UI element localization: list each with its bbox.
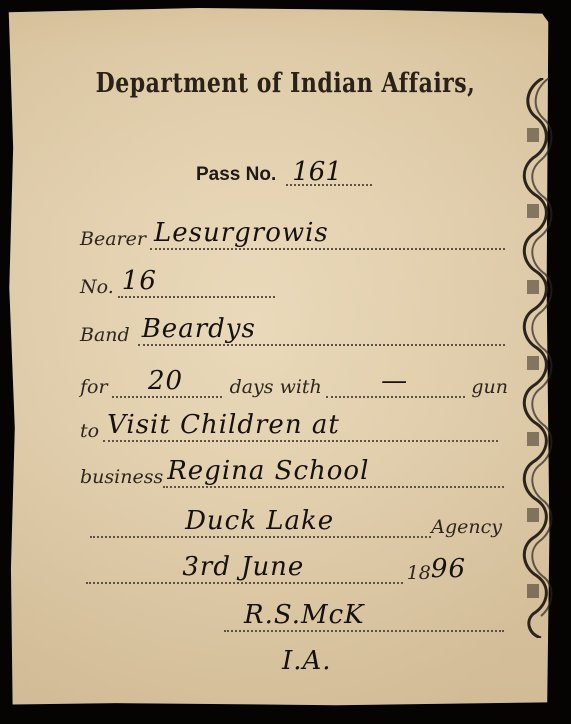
purpose-value: Visit Children at	[107, 410, 340, 440]
days-for-label: for	[80, 376, 108, 398]
business-value: Regina School	[167, 456, 369, 486]
business-label: business	[80, 466, 163, 488]
signature-value: R.S.McK	[244, 600, 365, 630]
bearer-label: Bearer	[80, 228, 146, 250]
date-field: 3rd June	[86, 552, 403, 584]
bearer-value: Lesurgrowis	[154, 218, 329, 248]
business-field: Regina School	[163, 456, 504, 488]
gun-field: —	[326, 366, 466, 398]
pass-number-label: Pass No.	[196, 164, 276, 186]
number-label: No.	[80, 276, 114, 298]
band-line: Band Beardys	[80, 314, 505, 346]
agency-line: Duck Lake Agency	[90, 506, 502, 538]
agency-value: Duck Lake	[185, 506, 334, 536]
bearer-line: Bearer Lesurgrowis	[80, 218, 505, 250]
document-title: Department of Indian Affairs,	[0, 67, 571, 100]
date-year-printed: 18	[407, 562, 431, 584]
number-line: No. 16	[80, 266, 275, 298]
agency-label: Agency	[431, 516, 502, 538]
number-value: 16	[122, 266, 157, 296]
signature-line: R.S.McK	[224, 600, 504, 632]
number-field: 16	[118, 266, 275, 298]
business-line: business Regina School	[80, 456, 504, 488]
pass-number-value: 161	[286, 160, 372, 186]
days-with-label: days with	[230, 376, 322, 398]
purpose-field: Visit Children at	[103, 410, 498, 442]
date-line: 3rd June 18 96	[86, 552, 466, 584]
pass-number-line: Pass No. 161	[196, 160, 372, 186]
ribbon-border-ornament	[515, 78, 557, 638]
date-day: 3rd	[182, 552, 231, 582]
purpose-label: to	[80, 420, 99, 442]
background-edge	[555, 0, 571, 724]
purpose-line: to Visit Children at	[80, 410, 498, 442]
bearer-field: Lesurgrowis	[150, 218, 505, 250]
band-field: Beardys	[138, 314, 505, 346]
days-value: 20	[148, 366, 183, 396]
signature-title: I.A.	[282, 646, 332, 676]
signature-field: R.S.McK	[224, 600, 504, 632]
days-line: for 20 days with — gun	[80, 366, 508, 398]
gun-value: —	[381, 366, 408, 396]
date-year-handwritten: 96	[431, 554, 466, 584]
days-field: 20	[112, 366, 222, 398]
band-label: Band	[80, 324, 130, 346]
agency-field: Duck Lake	[90, 506, 431, 538]
band-value: Beardys	[142, 314, 256, 344]
gun-label: gun	[471, 376, 508, 398]
date-month: June	[241, 552, 304, 582]
